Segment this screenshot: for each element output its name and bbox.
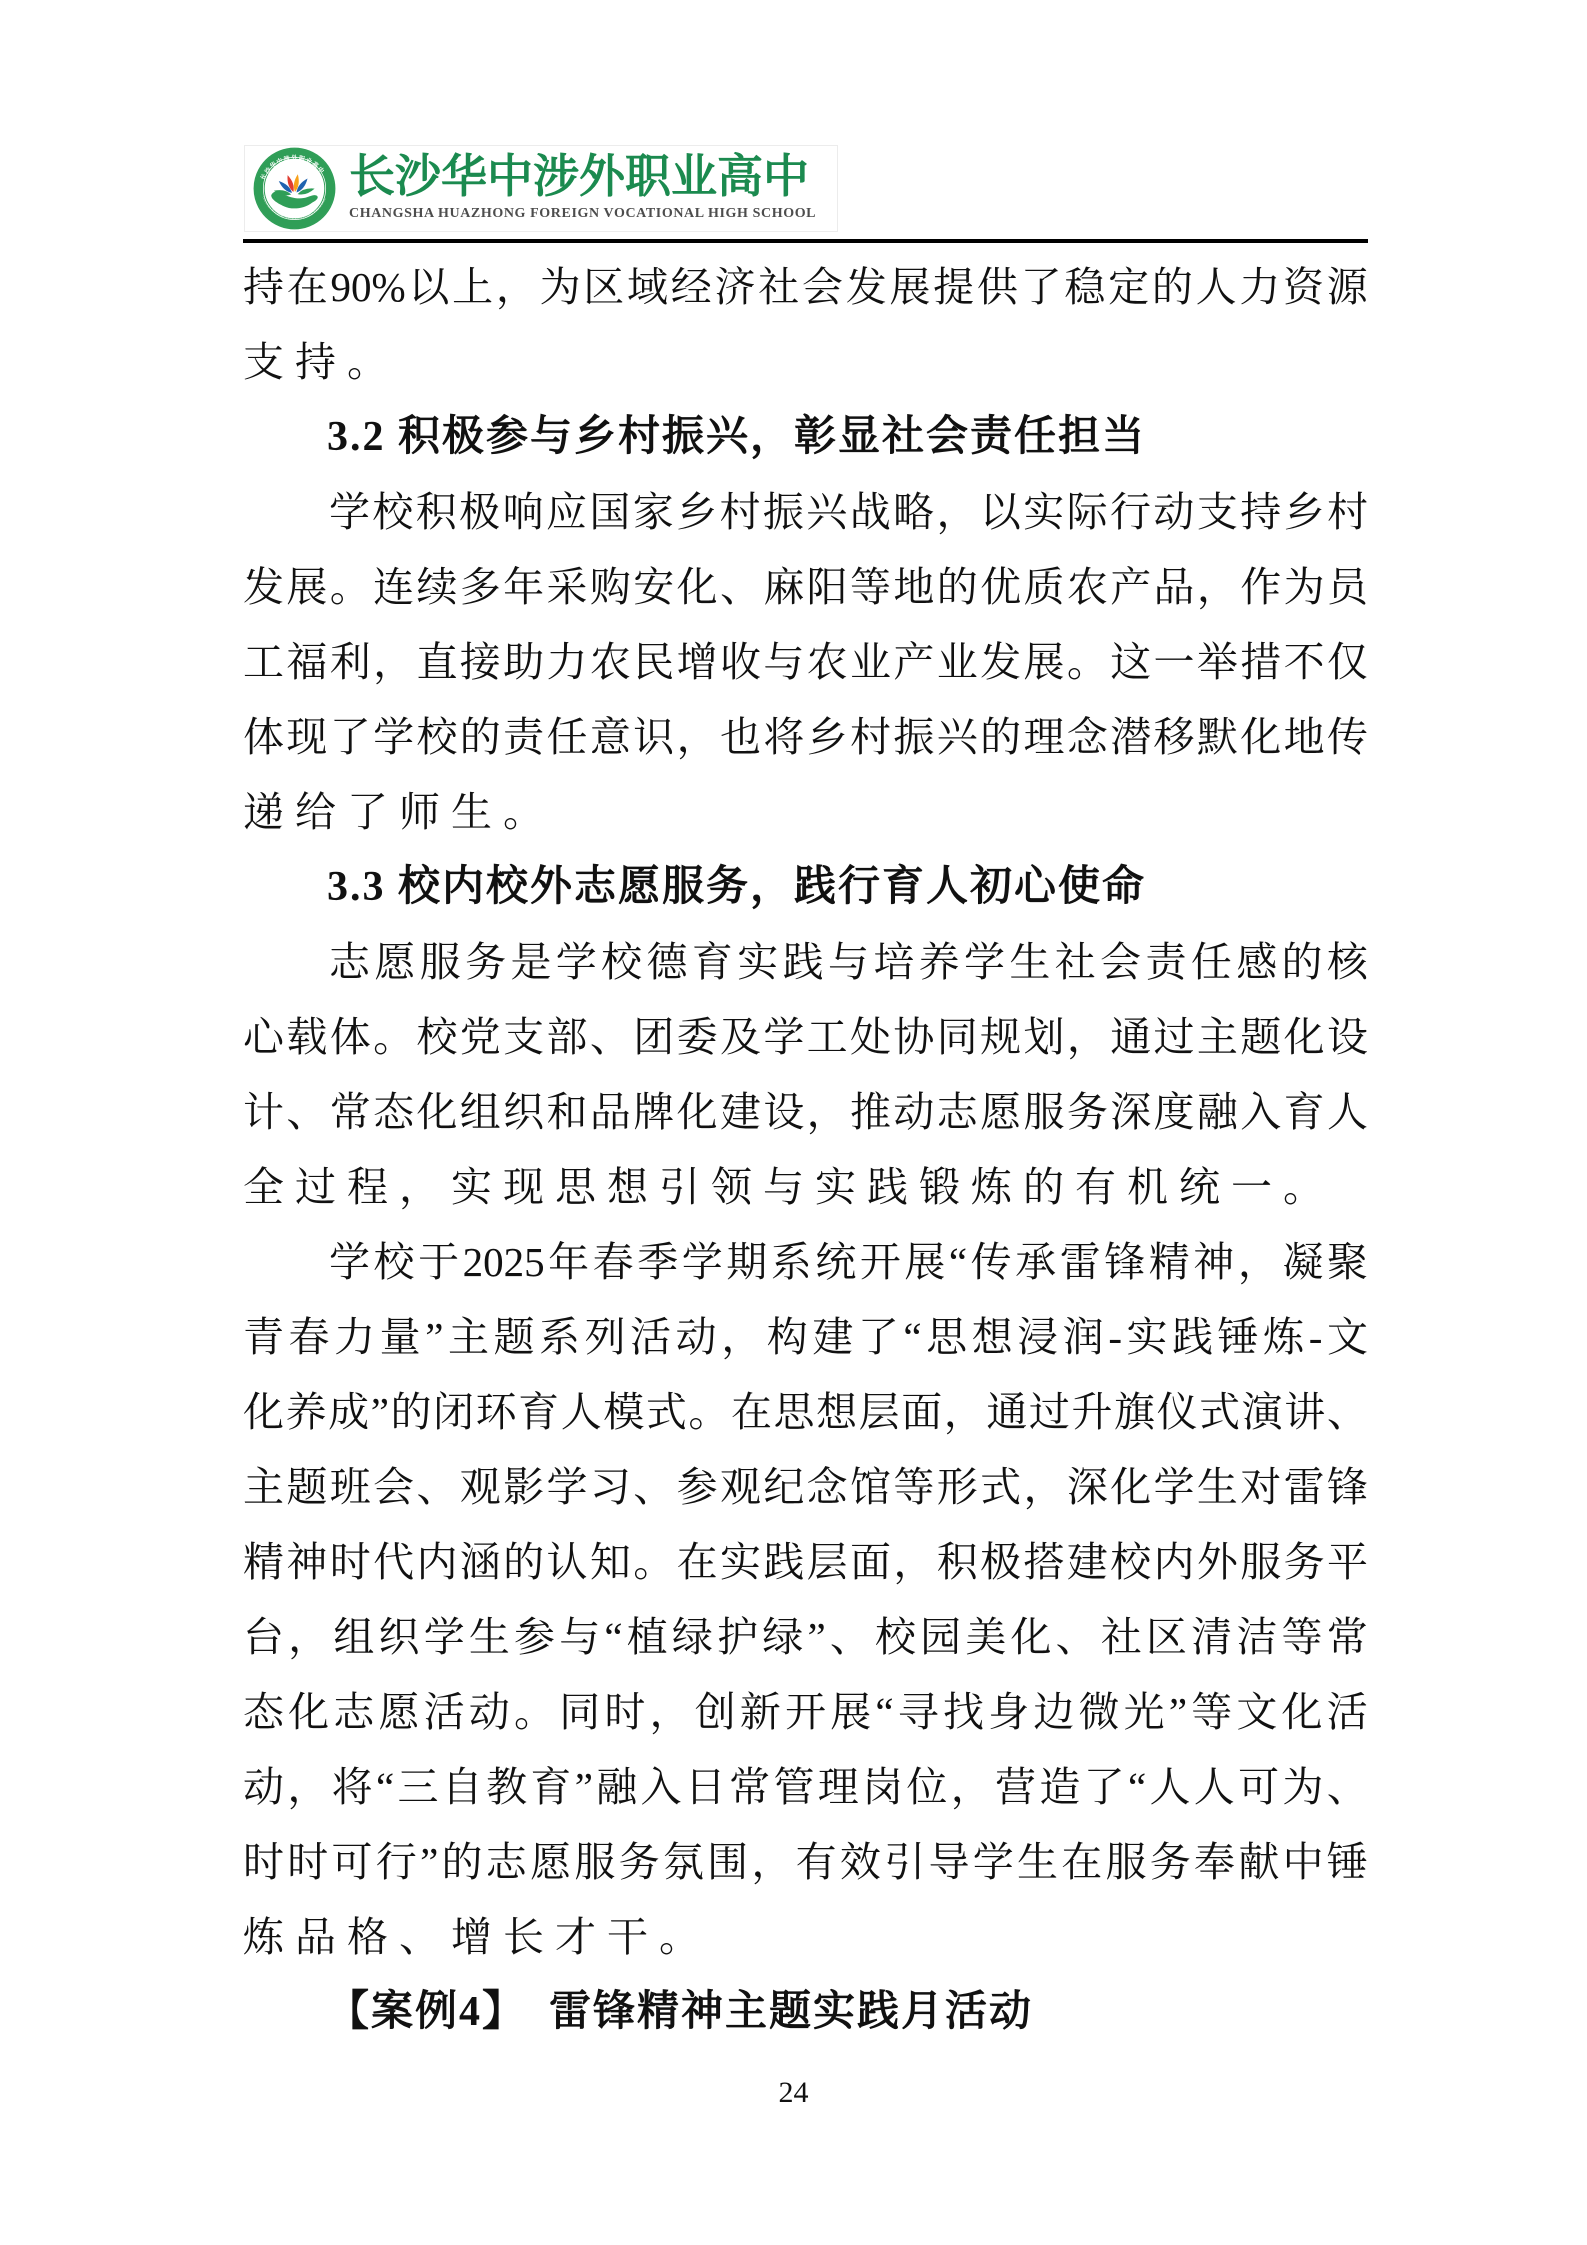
school-name-zh: 长沙华中涉外职业高中 xyxy=(349,151,829,203)
text-line: 递给了师生。 xyxy=(243,775,1368,850)
text-line: 主题班会、观影学习、参观纪念馆等形式，深化学生对雷锋 xyxy=(243,1450,1368,1525)
text-line: 计、常态化组织和品牌化建设，推动志愿服务深度融入育人 xyxy=(243,1075,1368,1150)
text-line: 全过程，实现思想引领与实践锻炼的有机统一。 xyxy=(243,1150,1368,1225)
section-heading: 3.3 校内校外志愿服务，践行育人初心使命 xyxy=(243,850,1368,925)
text-line: 体现了学校的责任意识，也将乡村振兴的理念潜移默化地传 xyxy=(243,700,1368,775)
text-line: 动，将“三自教育”融入日常管理岗位，营造了“人人可为、 xyxy=(243,1750,1368,1825)
header-titles: 长沙华中涉外职业高中 CHANGSHA HUAZHONG FOREIGN VOC… xyxy=(349,151,829,222)
section-heading: 3.2 积极参与乡村振兴，彰显社会责任担当 xyxy=(243,400,1368,475)
text-line: 志愿服务是学校德育实践与培养学生社会责任感的核 xyxy=(243,925,1368,1000)
section-heading: 【案例4】 雷锋精神主题实践月活动 xyxy=(243,1975,1368,2050)
page-number: 24 xyxy=(0,2076,1587,2110)
school-logo: 长沙华中涉外职业高中 CHANGSHA HUAZHONG FOREIGN VOC… xyxy=(253,147,336,230)
header: 长沙华中涉外职业高中 CHANGSHA HUAZHONG FOREIGN VOC… xyxy=(244,145,838,232)
text-line: 心载体。校党支部、团委及学工处协同规划，通过主题化设 xyxy=(243,1000,1368,1075)
document-page: 长沙华中涉外职业高中 CHANGSHA HUAZHONG FOREIGN VOC… xyxy=(0,0,1587,2245)
text-line: 学校积极响应国家乡村振兴战略，以实际行动支持乡村 xyxy=(243,475,1368,550)
text-line: 学校于2025年春季学期系统开展“传承雷锋精神，凝聚 xyxy=(243,1225,1368,1300)
text-line: 工福利，直接助力农民增收与农业产业发展。这一举措不仅 xyxy=(243,625,1368,700)
text-line: 化养成”的闭环育人模式。在思想层面，通过升旗仪式演讲、 xyxy=(243,1375,1368,1450)
text-line: 发展。连续多年采购安化、麻阳等地的优质农产品，作为员 xyxy=(243,550,1368,625)
text-line: 态化志愿活动。同时，创新开展“寻找身边微光”等文化活 xyxy=(243,1675,1368,1750)
body-text: 持在90%以上，为区域经济社会发展提供了稳定的人力资源支持。3.2 积极参与乡村… xyxy=(243,250,1368,2050)
text-line: 青春力量”主题系列活动，构建了“思想浸润-实践锤炼-文 xyxy=(243,1300,1368,1375)
text-line: 台，组织学生参与“植绿护绿”、校园美化、社区清洁等常 xyxy=(243,1600,1368,1675)
text-line: 炼品格、增长才干。 xyxy=(243,1900,1368,1975)
header-rule xyxy=(243,239,1368,243)
school-name-en: CHANGSHA HUAZHONG FOREIGN VOCATIONAL HIG… xyxy=(349,206,829,222)
text-line: 持在90%以上，为区域经济社会发展提供了稳定的人力资源 xyxy=(243,250,1368,325)
text-line: 时时可行”的志愿服务氛围，有效引导学生在服务奉献中锤 xyxy=(243,1825,1368,1900)
text-line: 精神时代内涵的认知。在实践层面，积极搭建校内外服务平 xyxy=(243,1525,1368,1600)
text-line: 支持。 xyxy=(243,325,1368,400)
